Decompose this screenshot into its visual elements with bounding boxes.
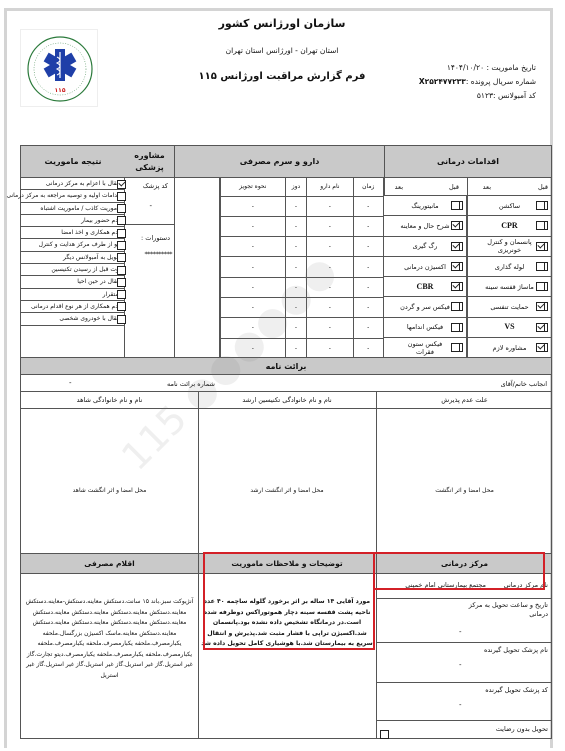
drug-col-header: نحوه تجویز bbox=[221, 178, 286, 196]
drug-col-header: نام دارو bbox=[307, 178, 353, 196]
treatment-row: رگ گیری bbox=[384, 237, 466, 257]
treatment-right-list: ساکشنCPRپانسمان و کنترل خونریزیلوله گذار… bbox=[468, 196, 551, 358]
person-label: انجانب خانم/آقای bbox=[501, 380, 547, 388]
treatment-label: مشاوره لازم bbox=[484, 344, 535, 352]
after-checkbox[interactable] bbox=[451, 323, 460, 332]
after-checkbox[interactable] bbox=[536, 201, 545, 210]
result-item: اقدامات اولیه و توصیه مراجعه به مرکز درم… bbox=[21, 190, 124, 202]
result-label: تحویل به آمبولانس دیگر bbox=[63, 254, 122, 261]
result-item: انتقال با خودروی شخصی bbox=[21, 313, 124, 325]
drug-cell[interactable]: - bbox=[285, 297, 307, 317]
treatment-label: حمایت تنفسی bbox=[484, 303, 535, 311]
release-title: برائت نامه bbox=[21, 358, 551, 375]
drug-row: ---- bbox=[221, 257, 384, 277]
treatment-row: فیکس ستون فقرات bbox=[384, 338, 466, 358]
result-checkbox[interactable] bbox=[117, 204, 126, 213]
after-checkbox[interactable] bbox=[451, 201, 460, 210]
star-of-life-icon: ۱۱۵ bbox=[21, 30, 99, 108]
treatment-label: مانیتورینگ bbox=[400, 202, 450, 210]
result-checkbox[interactable] bbox=[117, 229, 126, 238]
drug-cell[interactable]: - bbox=[353, 297, 383, 317]
after-checkbox[interactable] bbox=[451, 282, 460, 291]
form-title: فرم گزارش مراقبت اورژانس ۱۱۵ bbox=[157, 71, 407, 82]
result-item: انتقال در حین احیا bbox=[21, 276, 124, 288]
result-label: ماموریت کاذب / ماموریت اشتباه bbox=[40, 205, 122, 212]
result-checkbox[interactable] bbox=[117, 290, 126, 299]
after-checkbox[interactable] bbox=[536, 302, 545, 311]
consult-header: مشاوره پزشکی bbox=[124, 146, 174, 178]
emergency-logo: ۱۱۵ bbox=[20, 29, 98, 107]
svg-text:۱۱۵: ۱۱۵ bbox=[55, 87, 66, 94]
result-item: عدم همکاری از هر نوع اقدام درمانی bbox=[21, 301, 124, 313]
witness-name-label: نام و نام خانوادگی شاهد bbox=[21, 396, 198, 404]
drugs-table: زماننام دارودوزنحوه تجویز --------------… bbox=[220, 178, 384, 359]
treatment-label: اکسیژن درمانی bbox=[400, 263, 450, 271]
result-checkbox[interactable] bbox=[117, 180, 126, 189]
treatment-header: اقدامات درمانی bbox=[384, 146, 551, 178]
senior-tech-name-label: نام و نام خانوادگی تکنیسین ارشد bbox=[198, 396, 376, 404]
drug-cell[interactable]: - bbox=[353, 257, 383, 277]
release-number-value: - bbox=[69, 379, 72, 387]
treatment-label: رگ گیری bbox=[400, 242, 450, 250]
receiver-name-label: نام پزشک تحویل گیرنده bbox=[484, 646, 548, 654]
after-checkbox[interactable] bbox=[536, 242, 545, 251]
result-checkbox[interactable] bbox=[117, 253, 126, 262]
result-checkbox[interactable] bbox=[117, 315, 126, 324]
drug-cell[interactable]: - bbox=[285, 277, 307, 297]
drug-cell[interactable]: - bbox=[285, 196, 307, 216]
drug-cell[interactable]: - bbox=[221, 216, 286, 236]
drug-col-header: دوز bbox=[285, 178, 307, 196]
refusal-reason-label: علت عدم پذیرش bbox=[376, 396, 553, 404]
result-checkbox[interactable] bbox=[117, 266, 126, 275]
senior-signature[interactable]: محل امضا و اثر انگشت ارشد bbox=[198, 487, 376, 494]
before-after-row: قبل بعد قبل بعد bbox=[384, 178, 551, 196]
after-checkbox[interactable] bbox=[536, 221, 545, 230]
drug-cell[interactable]: - bbox=[307, 216, 353, 236]
treatment-row: مانیتورینگ bbox=[384, 196, 466, 216]
result-checkbox[interactable] bbox=[117, 192, 126, 201]
drugs-header: دارو و سرم مصرفی bbox=[174, 146, 384, 178]
consult-area: کد پزشک - دستورات : ********** bbox=[124, 178, 220, 359]
treatment-row: ساکشن bbox=[468, 196, 551, 216]
treatment-label: ماساژ قفسه سینه bbox=[484, 283, 535, 291]
result-checkbox[interactable] bbox=[117, 278, 126, 287]
drug-cell[interactable]: - bbox=[285, 216, 307, 236]
result-item: عدم حضور بیمار bbox=[21, 215, 124, 227]
doctor-code-value: - bbox=[149, 202, 152, 210]
patient-signature[interactable]: محل امضا و اثر انگشت bbox=[376, 487, 553, 494]
receiver-code-value[interactable]: - bbox=[459, 701, 462, 709]
after-checkbox[interactable] bbox=[451, 262, 460, 271]
treatment-label: ساکشن bbox=[484, 202, 535, 210]
after-checkbox[interactable] bbox=[451, 343, 460, 352]
result-label: عدم حضور بیمار bbox=[81, 217, 122, 224]
result-label: انتقال با اعزام به مرکز درمانی bbox=[46, 180, 122, 187]
drug-cell[interactable]: - bbox=[221, 338, 286, 358]
result-item: ماموریت کاذب / ماموریت اشتباه bbox=[21, 203, 124, 215]
orders-label: دستورات : bbox=[141, 234, 170, 242]
treatment-row: اکسیژن درمانی bbox=[384, 257, 466, 277]
after-checkbox[interactable] bbox=[536, 282, 545, 291]
drug-cell[interactable]: - bbox=[221, 237, 286, 257]
drug-cell[interactable]: - bbox=[221, 196, 286, 216]
treatment-row: لوله گذاری bbox=[468, 257, 551, 277]
result-label: عدم همکاری و اخذ امضا bbox=[61, 229, 122, 236]
drug-cell[interactable]: - bbox=[285, 318, 307, 338]
drug-cell[interactable]: - bbox=[353, 277, 383, 297]
drug-row: ---- bbox=[221, 196, 384, 216]
drug-cell[interactable]: - bbox=[307, 196, 353, 216]
after-checkbox[interactable] bbox=[536, 323, 545, 332]
after-checkbox[interactable] bbox=[451, 221, 460, 230]
treatment-label: فیکس اندامها bbox=[400, 323, 450, 331]
drug-row: ---- bbox=[221, 277, 384, 297]
drug-col-header: زمان bbox=[353, 178, 383, 196]
treatment-label: VS bbox=[484, 323, 535, 331]
notes-highlight bbox=[203, 552, 375, 650]
result-label: اقدامات اولیه و توصیه مراجعه به مرکز درم… bbox=[7, 192, 122, 199]
treatment-label: CPR bbox=[484, 222, 535, 230]
result-label: انتقال با خودروی شخصی bbox=[59, 315, 122, 322]
drug-cell[interactable]: - bbox=[307, 297, 353, 317]
treatment-row: فیکس سر و گردن bbox=[384, 297, 466, 317]
drug-cell[interactable]: - bbox=[285, 338, 307, 358]
release-section: برائت نامه انجانب خانم/آقای شماره برائت … bbox=[20, 358, 552, 554]
drug-cell[interactable]: - bbox=[285, 237, 307, 257]
file-serial: شماره سریال پرونده :X۲۵۲۴۷۷۲۳۳ bbox=[419, 77, 536, 86]
no-consent-label: تحویل بدون رضایت bbox=[496, 725, 548, 733]
drug-cell[interactable]: - bbox=[307, 318, 353, 338]
drug-cell[interactable]: - bbox=[353, 196, 383, 216]
treatment-row: شرح حال و معاینه bbox=[384, 216, 466, 236]
receiver-name-value[interactable]: - bbox=[459, 661, 462, 669]
result-item: فوت قبل از رسیدن تکنیسین bbox=[21, 264, 124, 276]
release-number-label: شماره برائت نامه bbox=[167, 380, 215, 388]
drug-cell[interactable]: - bbox=[307, 237, 353, 257]
drug-cell[interactable]: - bbox=[307, 338, 353, 358]
drug-row: ---- bbox=[221, 237, 384, 257]
drug-cell[interactable]: - bbox=[353, 216, 383, 236]
after-checkbox[interactable] bbox=[536, 343, 545, 352]
drug-row: ---- bbox=[221, 216, 384, 236]
supplies-title: اقلام مصرفی bbox=[21, 559, 198, 568]
witness-signature[interactable]: محل امضا و اثر انگشت شاهد bbox=[21, 487, 198, 494]
treatment-row: CBR bbox=[384, 277, 466, 297]
mission-date: تاریخ ماموریت : ۱۴۰۴/۱۰/۲۰ bbox=[447, 63, 536, 72]
supplies-text: آنژیوکت سبز.باند ۱۵ سانت.دستکش معاینه.دس… bbox=[24, 597, 195, 681]
drug-cell[interactable]: - bbox=[353, 338, 383, 358]
treatment-label: پانسمان و کنترل خونریزی bbox=[484, 238, 535, 254]
after-checkbox[interactable] bbox=[451, 242, 460, 251]
drug-cell[interactable]: - bbox=[353, 318, 383, 338]
drug-cell[interactable]: - bbox=[221, 297, 286, 317]
result-label: عدم همکاری از هر نوع اقدام درمانی bbox=[31, 303, 122, 310]
doctor-code-label: کد پزشک bbox=[143, 182, 168, 190]
drug-row: ---- bbox=[221, 338, 384, 358]
after-checkbox[interactable] bbox=[451, 302, 460, 311]
treatment-label: شرح حال و معاینه bbox=[400, 222, 450, 230]
treatment-label: CBR bbox=[400, 283, 450, 291]
no-consent-checkbox[interactable] bbox=[380, 730, 389, 739]
drug-cell[interactable]: - bbox=[221, 318, 286, 338]
delivery-time-value[interactable]: - bbox=[459, 628, 462, 636]
mission-result-list: انتقال با اعزام به مرکز درمانیاقدامات او… bbox=[21, 178, 125, 326]
drug-row: ---- bbox=[221, 297, 384, 317]
drug-cell[interactable]: - bbox=[285, 257, 307, 277]
treatment-row: ماساژ قفسه سینه bbox=[468, 277, 551, 297]
treatment-row: VS bbox=[468, 318, 551, 338]
result-item: استقرار bbox=[21, 289, 124, 301]
result-item: انتقال با اعزام به مرکز درمانی bbox=[21, 178, 124, 190]
drug-cell[interactable]: - bbox=[221, 277, 286, 297]
treatment-row: CPR bbox=[468, 216, 551, 236]
treatment-left-list: مانیتورینگشرح حال و معاینهرگ گیریاکسیژن … bbox=[384, 196, 467, 358]
result-label: لغو از طرف مرکز هدایت و کنترل bbox=[39, 241, 122, 248]
treatment-row: حمایت تنفسی bbox=[468, 297, 551, 317]
drug-row: ---- bbox=[221, 318, 384, 338]
treatment-grid: اقدامات درمانی دارو و سرم مصرفی مشاوره پ… bbox=[20, 145, 552, 358]
after-checkbox[interactable] bbox=[536, 262, 545, 271]
drug-cell[interactable]: - bbox=[221, 257, 286, 277]
result-item: عدم همکاری و اخذ امضا bbox=[21, 227, 124, 239]
orders-value: ********** bbox=[145, 250, 173, 258]
receiver-code-label: کد پزشک تحویل گیرنده bbox=[485, 686, 548, 694]
treatment-label: فیکس سر و گردن bbox=[400, 303, 450, 311]
result-item: تحویل به آمبولانس دیگر bbox=[21, 252, 124, 264]
province-subtitle: استان تهران - اورژانس استان تهران bbox=[157, 46, 407, 55]
org-title: سازمان اورژانس کشور bbox=[157, 17, 407, 30]
result-label: انتقال در حین احیا bbox=[77, 278, 122, 285]
treatment-row: پانسمان و کنترل خونریزی bbox=[468, 237, 551, 257]
result-checkbox[interactable] bbox=[117, 241, 126, 250]
treatment-label: لوله گذاری bbox=[484, 263, 535, 271]
drug-cell[interactable]: - bbox=[353, 237, 383, 257]
result-header: نتیجه ماموریت bbox=[21, 146, 125, 178]
treatment-row: فیکس اندامها bbox=[384, 318, 466, 338]
result-label: فوت قبل از رسیدن تکنیسین bbox=[51, 266, 122, 273]
result-checkbox[interactable] bbox=[117, 302, 126, 311]
delivery-time-label: تاریخ و ساعت تحویل به مرکز درمانی bbox=[448, 601, 548, 619]
ambulance-code: کد آمبولانس :۵۱۲۳ bbox=[477, 91, 536, 100]
treatment-row: مشاوره لازم bbox=[468, 338, 551, 358]
center-highlight bbox=[373, 552, 545, 590]
drug-cell[interactable]: - bbox=[307, 257, 353, 277]
form-page: ۱۱۵ سازمان اورژانس کشور استان تهران - او… bbox=[4, 8, 553, 748]
treatment-label: فیکس ستون فقرات bbox=[400, 340, 450, 356]
drug-cell[interactable]: - bbox=[307, 277, 353, 297]
result-checkbox[interactable] bbox=[117, 216, 126, 225]
result-item: لغو از طرف مرکز هدایت و کنترل bbox=[21, 239, 124, 251]
